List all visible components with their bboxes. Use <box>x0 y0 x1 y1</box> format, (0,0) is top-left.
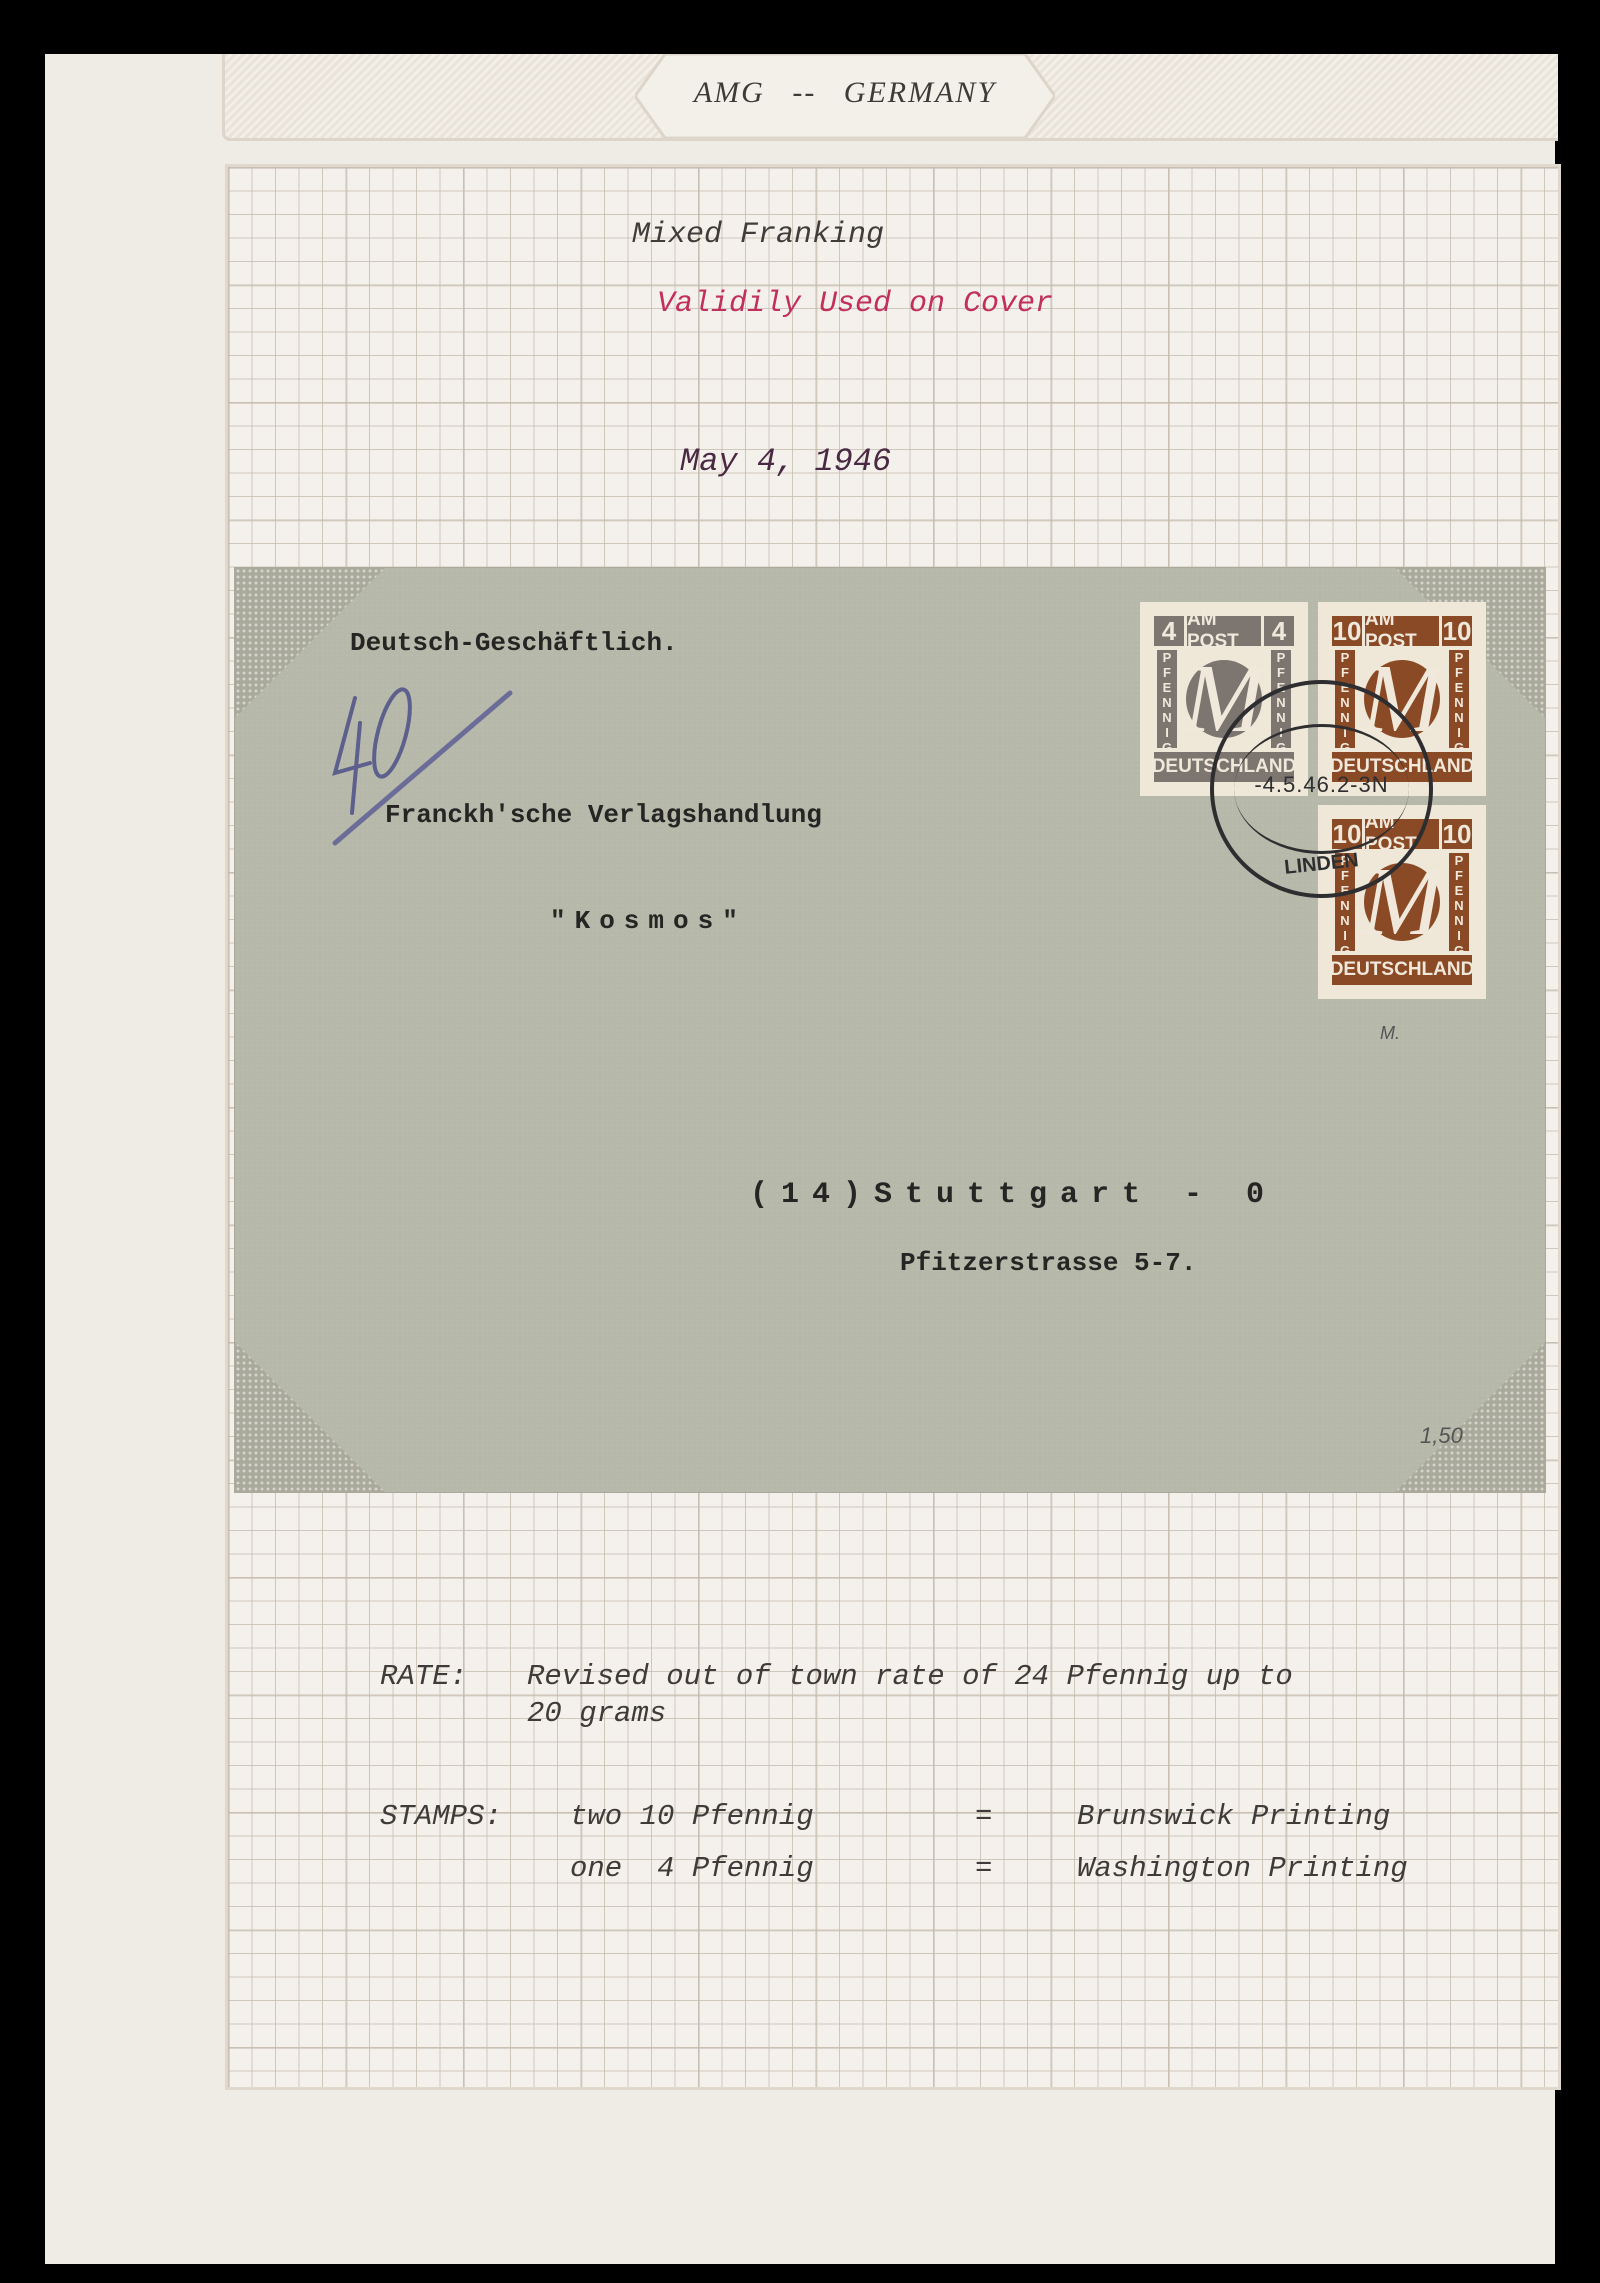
banner-title: AMG -- GERMANY <box>635 76 1055 110</box>
photo-corner-bottom-right <box>1395 1342 1545 1492</box>
pencil-price: 1,50 <box>1420 1423 1463 1449</box>
rate-label: RATE: <box>380 1660 467 1693</box>
stamps-label: STAMPS: <box>380 1800 502 1833</box>
photo-corner-bottom-left <box>235 1342 385 1492</box>
postmark-date: -4.5.46.2-3N <box>1214 772 1429 798</box>
banner-label-plate: AMG -- GERMANY <box>635 54 1055 138</box>
stamp-row-eq: = <box>975 1800 992 1833</box>
stamp-row-qty: two 10 Pfennig <box>570 1800 814 1833</box>
stamp-row-qty: one 4 Pfennig <box>570 1852 814 1885</box>
cover-line-street: Pfitzerstrasse 5-7. <box>900 1248 1196 1278</box>
pencil-initial: M. <box>1380 1023 1400 1044</box>
stamp-row-printing: Washington Printing <box>1077 1852 1408 1885</box>
rate-description-cont: 20 grams <box>527 1697 666 1730</box>
circular-postmark: -4.5.46.2-3N LINDEN <box>1210 680 1433 898</box>
cover-line-city: (14)Stuttgart - 0 <box>750 1178 1277 1212</box>
page-subtitle: Validily Used on Cover <box>657 287 1053 321</box>
rate-description: Revised out of town rate of 24 Pfennig u… <box>527 1660 1293 1693</box>
page-title: Mixed Franking <box>632 218 884 252</box>
cover-date: May 4, 1946 <box>680 443 891 480</box>
cover-line-kosmos: "Kosmos" <box>550 906 747 936</box>
stamp-row-eq: = <box>975 1852 992 1885</box>
handwritten-40-mark <box>330 663 520 853</box>
stamp-row-printing: Brunswick Printing <box>1077 1800 1390 1833</box>
cover-line-business: Deutsch-Geschäftlich. <box>350 628 678 658</box>
